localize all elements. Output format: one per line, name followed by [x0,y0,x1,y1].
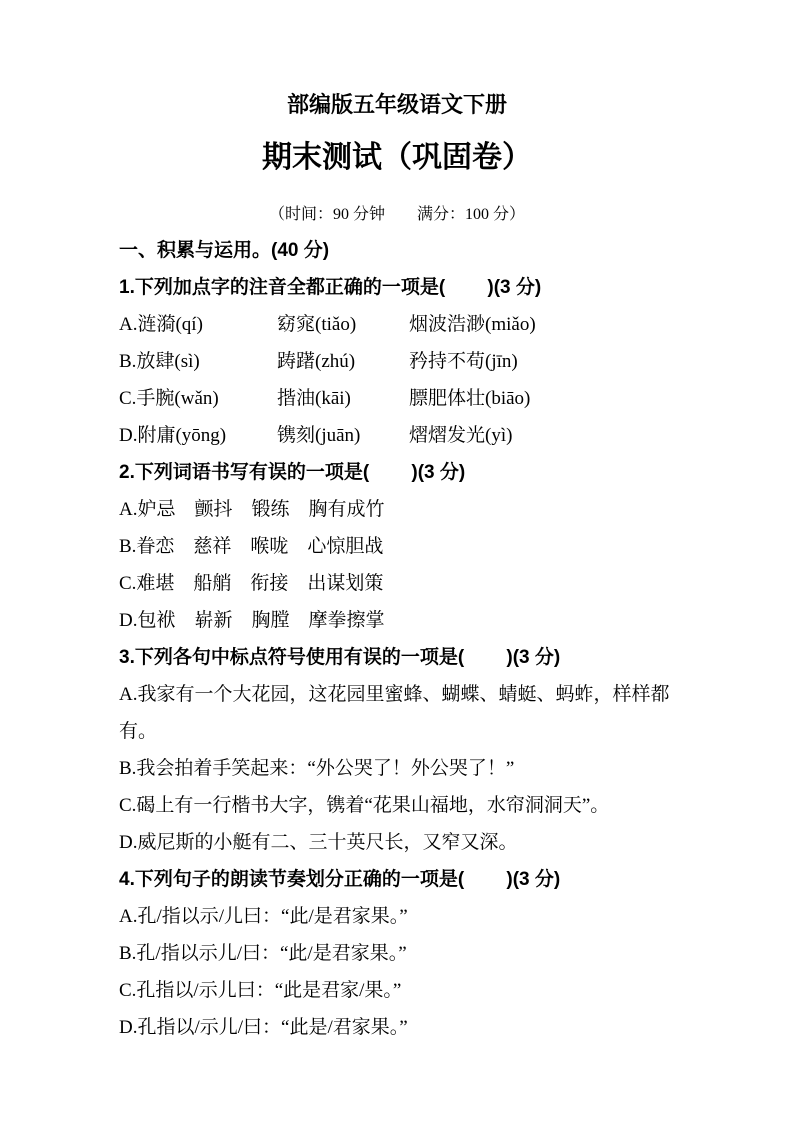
section1-heading: 一、积累与运用。(40 分) [119,232,675,269]
q1-option-c-word1: C.手腕(wǎn) [119,380,277,417]
q3-option-d: D.威尼斯的小艇有二、三十英尺长，又窄又深。 [119,824,675,861]
q1-option-c: C.手腕(wǎn) 揩油(kāi) 膘肥体壮(biāo) [119,380,675,417]
q3-option-a-line2: 有。 [119,713,675,750]
q4-option-a: A.孔/指以示/儿曰：“此/是君家果。” [119,898,675,935]
exam-info: （时间：90 分钟 满分：100 分） [119,204,675,226]
q4-option-b: B.孔/指以示儿/曰：“此/是君家果。” [119,935,675,972]
series-title: 部编版五年级语文下册 [119,0,675,120]
q1-option-b-word3: 矜持不苟(jīn) [409,343,675,380]
q1-option-c-word3: 膘肥体壮(biāo) [409,380,675,417]
q1-option-d: D.附庸(yōng) 镌刻(juān) 熠熠发光(yì) [119,417,675,454]
q1-option-b-word1: B.放肆(sì) [119,343,277,380]
q3-option-c: C.碣上有一行楷书大字，镌着“花果山福地，水帘洞洞天”。 [119,787,675,824]
q3-stem: 3.下列各句中标点符号使用有误的一项是( )(3 分) [119,639,675,676]
q2-option-b: B.眷恋 慈祥 喉咙 心惊胆战 [119,528,675,565]
q1-option-b: B.放肆(sì) 踌躇(zhú) 矜持不苟(jīn) [119,343,675,380]
q1-option-a-word3: 烟波浩渺(miǎo) [409,306,675,343]
q3-option-b: B.我会拍着手笑起来：“外公哭了！外公哭了！” [119,750,675,787]
q1-option-d-word3: 熠熠发光(yì) [409,417,675,454]
q1-option-a: A.涟漪(qí) 窈窕(tiǎo) 烟波浩渺(miǎo) [119,306,675,343]
q1-option-a-word2: 窈窕(tiǎo) [277,306,409,343]
exam-body: 一、积累与运用。(40 分) 1.下列加点字的注音全都正确的一项是( )(3 分… [119,232,675,1046]
q1-option-c-word2: 揩油(kāi) [277,380,409,417]
q4-stem: 4.下列句子的朗读节奏划分正确的一项是( )(3 分) [119,861,675,898]
q1-stem: 1.下列加点字的注音全都正确的一项是( )(3 分) [119,269,675,306]
q2-option-d: D.包袱 崭新 胸膛 摩拳擦掌 [119,602,675,639]
q4-option-c: C.孔指以/示儿曰：“此是君家/果。” [119,972,675,1009]
q1-option-a-word1: A.涟漪(qí) [119,306,277,343]
q4-option-d: D.孔指以/示儿/曰：“此是/君家果。” [119,1009,675,1046]
q2-stem: 2.下列词语书写有误的一项是( )(3 分) [119,454,675,491]
q1-option-d-word2: 镌刻(juān) [277,417,409,454]
q3-option-a-line1: A.我家有一个大花园，这花园里蜜蜂、蝴蝶、蜻蜓、蚂蚱，样样都 [119,676,675,713]
q1-option-b-word2: 踌躇(zhú) [277,343,409,380]
document-page: 部编版五年级语文下册 期末测试（巩固卷） （时间：90 分钟 满分：100 分）… [0,0,794,1123]
q2-option-a: A.妒忌 颤抖 锻练 胸有成竹 [119,491,675,528]
exam-title: 期末测试（巩固卷） [119,138,675,178]
q2-option-c: C.难堪 船艄 衔接 出谋划策 [119,565,675,602]
q1-option-d-word1: D.附庸(yōng) [119,417,277,454]
